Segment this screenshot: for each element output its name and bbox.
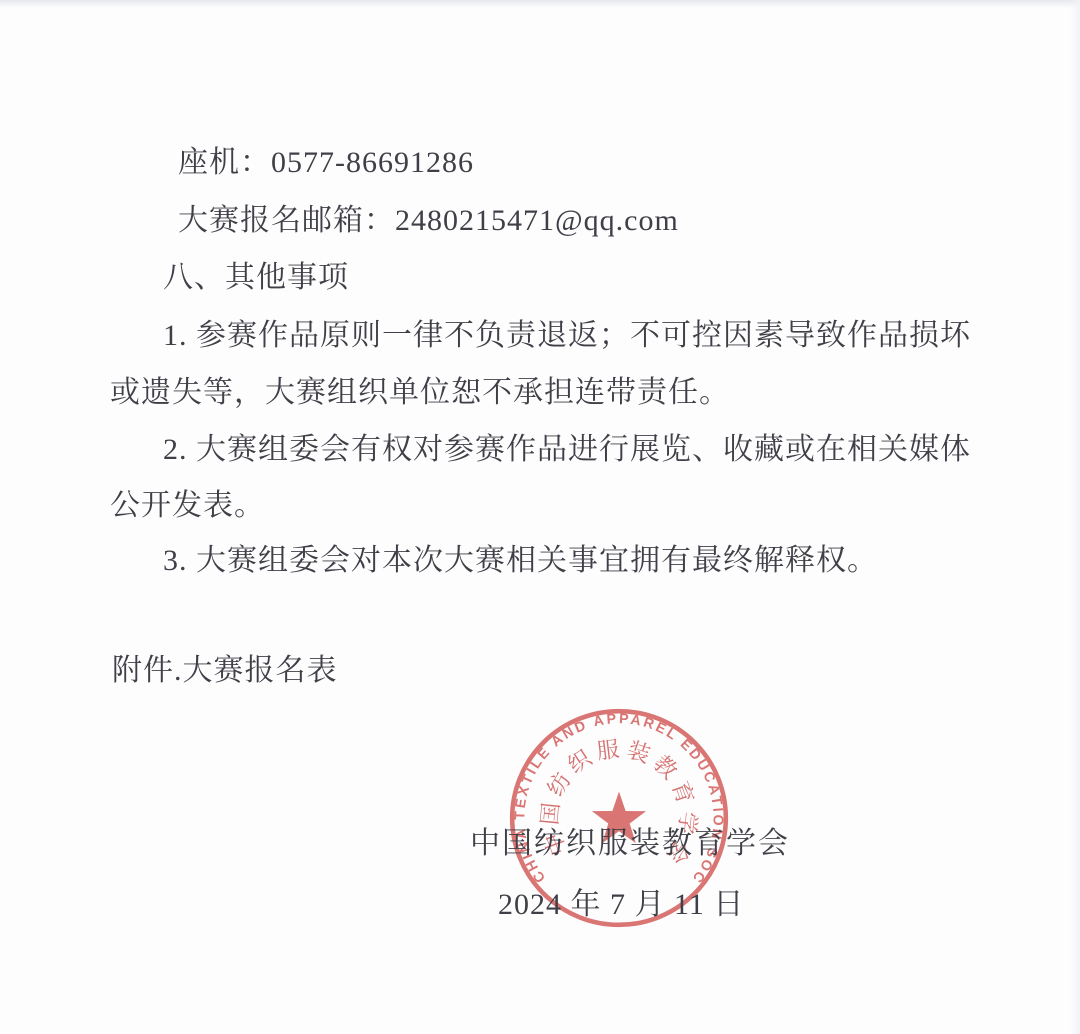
item1-line2: 或遗失等，大赛组织单位恕不承担连带责任。 [110, 376, 730, 410]
phone-line: 座机：0577-86691286 [178, 146, 474, 180]
section-heading: 八、其他事项 [163, 261, 349, 295]
scanned-document-page: CHINA TEXTILE AND APPAREL EDUCATION SOCI… [0, 0, 1080, 1034]
item2-line2: 公开发表。 [110, 489, 265, 523]
signature-organization: 中国纺织服装教育学会 [470, 827, 790, 861]
attachment-line: 附件.大赛报名表 [112, 654, 338, 688]
item3-line: 3. 大赛组委会对本次大赛相关事宜拥有最终解释权。 [163, 544, 878, 578]
item1-line1: 1. 参赛作品原则一律不负责退返；不可控因素导致作品损坏 [163, 319, 971, 353]
email-line: 大赛报名邮箱：2480215471@qq.com [178, 204, 679, 238]
signature-date: 2024 年 7 月 11 日 [498, 888, 744, 922]
item2-line1: 2. 大赛组委会有权对参赛作品进行展览、收藏或在相关媒体 [163, 433, 971, 467]
